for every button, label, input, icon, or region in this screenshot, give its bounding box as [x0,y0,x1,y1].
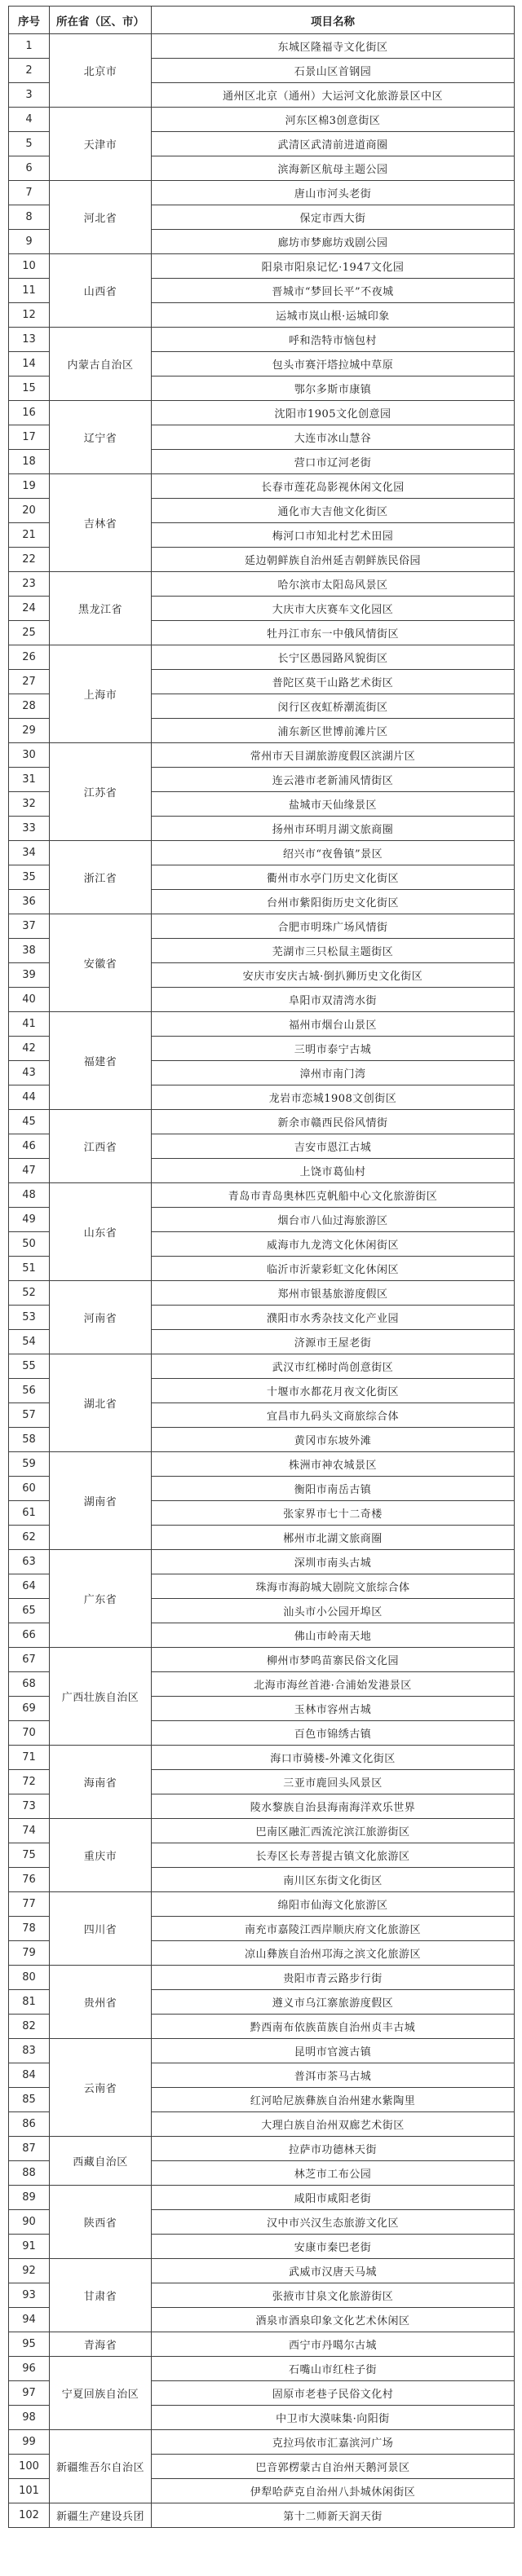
row-index-cell: 99 [9,2430,50,2455]
province-cell: 湖北省 [50,1354,152,1452]
row-index-cell: 31 [9,768,50,792]
table-row: 23黑龙江省哈尔滨市太阳岛风景区 [9,572,515,597]
project-name-cell: 巴音郭楞蒙古自治州天鹅河景区 [152,2455,515,2479]
table-row: 99新疆维吾尔自治区克拉玛依市汇嘉滨河广场 [9,2430,515,2455]
province-cell: 福建省 [50,1012,152,1110]
row-index-cell: 100 [9,2455,50,2479]
row-index-cell: 39 [9,963,50,988]
project-name-cell: 海口市骑楼-外滩文化街区 [152,1746,515,1770]
province-cell: 天津市 [50,108,152,181]
table-row: 48山东省青岛市青岛奥林匹克帆船中心文化旅游街区 [9,1183,515,1208]
row-index-cell: 73 [9,1794,50,1819]
province-cell: 新疆维吾尔自治区 [50,2430,152,2503]
row-index-cell: 97 [9,2381,50,2406]
row-index-cell: 5 [9,132,50,156]
project-name-cell: 玉林市容州古城 [152,1697,515,1721]
row-index-cell: 38 [9,939,50,963]
province-cell: 新疆生产建设兵团 [50,2503,152,2528]
project-name-cell: 包头市赛汗塔拉城中草原 [152,352,515,376]
project-name-cell: 贵阳市青云路步行街 [152,1966,515,1990]
row-index-cell: 16 [9,401,50,425]
province-cell: 内蒙古自治区 [50,328,152,401]
project-name-cell: 保定市西大街 [152,205,515,230]
row-index-cell: 53 [9,1306,50,1330]
row-index-cell: 45 [9,1110,50,1134]
province-cell: 上海市 [50,645,152,743]
project-name-cell: 巴南区融汇西流沱滨江旅游街区 [152,1819,515,1843]
row-index-cell: 14 [9,352,50,376]
row-index-cell: 83 [9,2039,50,2063]
row-index-cell: 72 [9,1770,50,1794]
table-row: 37安徽省合肥市明珠广场风情街 [9,914,515,939]
table-row: 55湖北省武汉市红梯时尚创意街区 [9,1354,515,1379]
row-index-cell: 50 [9,1232,50,1257]
table-row: 87西藏自治区拉萨市功德林天街 [9,2137,515,2161]
project-name-cell: 临沂市沂蒙彩虹文化休闲区 [152,1257,515,1281]
row-index-cell: 23 [9,572,50,597]
project-name-cell: 长春市莲花岛影视休闲文化园 [152,474,515,499]
row-index-cell: 32 [9,792,50,817]
row-index-cell: 26 [9,645,50,670]
project-name-cell: 普陀区莫干山路艺术街区 [152,670,515,694]
project-name-cell: 昆明市官渡古镇 [152,2039,515,2063]
row-index-cell: 63 [9,1550,50,1574]
project-name-cell: 佛山市岭南天地 [152,1623,515,1648]
project-name-cell: 运城市岚山根·运城印象 [152,303,515,328]
row-index-cell: 57 [9,1403,50,1428]
row-index-cell: 76 [9,1868,50,1892]
row-index-cell: 21 [9,523,50,548]
row-index-cell: 95 [9,2332,50,2357]
project-name-cell: 长寿区长寿菩提古镇文化旅游区 [152,1843,515,1868]
project-name-cell: 固原市老巷子民俗文化村 [152,2381,515,2406]
project-name-cell: 青岛市青岛奥林匹克帆船中心文化旅游街区 [152,1183,515,1208]
project-name-cell: 西宁市丹噶尔古城 [152,2332,515,2357]
row-index-cell: 24 [9,597,50,621]
province-cell: 青海省 [50,2332,152,2357]
row-index-cell: 18 [9,450,50,474]
row-index-cell: 9 [9,230,50,254]
row-index-cell: 69 [9,1697,50,1721]
project-name-cell: 唐山市河头老街 [152,181,515,205]
province-cell: 浙江省 [50,841,152,914]
column-header: 项目名称 [152,7,515,34]
table-row: 63广东省深圳市南头古城 [9,1550,515,1574]
project-name-cell: 武威市汉唐天马城 [152,2259,515,2283]
province-cell: 江西省 [50,1110,152,1183]
province-cell: 河北省 [50,181,152,254]
project-name-cell: 通化市大吉他文化街区 [152,499,515,523]
row-index-cell: 3 [9,83,50,108]
project-name-cell: 常州市天目湖旅游度假区滨湖片区 [152,743,515,768]
table-row: 1北京市东城区隆福寺文化街区 [9,34,515,59]
row-index-cell: 47 [9,1159,50,1183]
project-name-cell: 三亚市鹿回头风景区 [152,1770,515,1794]
row-index-cell: 60 [9,1477,50,1501]
row-index-cell: 15 [9,376,50,401]
project-name-cell: 济源市王屋老街 [152,1330,515,1354]
row-index-cell: 54 [9,1330,50,1354]
table-row: 26上海市长宁区愚园路风貌街区 [9,645,515,670]
table-row: 77四川省绵阳市仙海文化旅游区 [9,1892,515,1917]
province-cell: 广东省 [50,1550,152,1648]
table-row: 74重庆市巴南区融汇西流沱滨江旅游街区 [9,1819,515,1843]
province-cell: 甘肃省 [50,2259,152,2332]
project-name-cell: 福州市烟台山景区 [152,1012,515,1037]
table-row: 7河北省唐山市河头老街 [9,181,515,205]
row-index-cell: 92 [9,2259,50,2283]
table-row: 67广西壮族自治区柳州市梦呜苗寨民俗文化园 [9,1648,515,1672]
row-index-cell: 34 [9,841,50,865]
project-name-cell: 衢州市水亭门历史文化街区 [152,865,515,890]
project-name-cell: 新余市赣西民俗风情街 [152,1110,515,1134]
project-name-cell: 拉萨市功德林天街 [152,2137,515,2161]
table-row: 41福建省福州市烟台山景区 [9,1012,515,1037]
table-row: 71海南省海口市骑楼-外滩文化街区 [9,1746,515,1770]
province-cell: 安徽省 [50,914,152,1012]
project-name-cell: 咸阳市咸阳老街 [152,2186,515,2210]
header-row: 序号所在省（区、市）项目名称 [9,7,515,34]
project-name-cell: 漳州市南门湾 [152,1061,515,1085]
project-name-cell: 黄冈市东坡外滩 [152,1428,515,1452]
row-index-cell: 1 [9,34,50,59]
project-name-cell: 武清区武清前进道商圈 [152,132,515,156]
project-name-cell: 石嘴山市红柱子街 [152,2357,515,2381]
table-row: 92甘肃省武威市汉唐天马城 [9,2259,515,2283]
row-index-cell: 66 [9,1623,50,1648]
row-index-cell: 80 [9,1966,50,1990]
table-body: 1北京市东城区隆福寺文化街区2石景山区首钢园3通州区北京（通州）大运河文化旅游景… [9,34,515,2528]
project-name-cell: 大连市冰山慧谷 [152,425,515,450]
project-name-cell: 郴州市北湖文旅商圈 [152,1526,515,1550]
row-index-cell: 20 [9,499,50,523]
row-index-cell: 37 [9,914,50,939]
row-index-cell: 28 [9,694,50,719]
row-index-cell: 91 [9,2235,50,2259]
project-name-cell: 石景山区首钢园 [152,59,515,83]
province-cell: 西藏自治区 [50,2137,152,2186]
project-name-cell: 遵义市乌江寨旅游度假区 [152,1990,515,2015]
project-name-cell: 龙岩市恋城1908文创街区 [152,1085,515,1110]
project-name-cell: 台州市紫阳街历史文化街区 [152,890,515,914]
project-name-cell: 伊犁哈萨克自治州八卦城休闲街区 [152,2479,515,2503]
project-name-cell: 珠海市海韵城大剧院文旅综合体 [152,1574,515,1599]
row-index-cell: 86 [9,2112,50,2137]
row-index-cell: 30 [9,743,50,768]
project-name-cell: 闵行区夜虹桥潮流街区 [152,694,515,719]
project-name-cell: 大庆市大庆赛车文化园区 [152,597,515,621]
row-index-cell: 2 [9,59,50,83]
province-cell: 江苏省 [50,743,152,841]
row-index-cell: 88 [9,2161,50,2186]
row-index-cell: 82 [9,2015,50,2039]
row-index-cell: 4 [9,108,50,132]
project-name-cell: 南川区东街文化街区 [152,1868,515,1892]
row-index-cell: 51 [9,1257,50,1281]
project-name-cell: 牡丹江市东一中俄风情街区 [152,621,515,645]
row-index-cell: 13 [9,328,50,352]
project-name-cell: 东城区隆福寺文化街区 [152,34,515,59]
row-index-cell: 84 [9,2063,50,2088]
project-name-cell: 芜湖市三只松鼠主题街区 [152,939,515,963]
project-name-cell: 酒泉市酒泉印象文化艺术休闲区 [152,2308,515,2332]
row-index-cell: 36 [9,890,50,914]
row-index-cell: 22 [9,548,50,572]
province-cell: 辽宁省 [50,401,152,474]
row-index-cell: 96 [9,2357,50,2381]
row-index-cell: 67 [9,1648,50,1672]
province-cell: 广西壮族自治区 [50,1648,152,1746]
row-index-cell: 44 [9,1085,50,1110]
table-row: 52河南省郑州市银基旅游度假区 [9,1281,515,1306]
row-index-cell: 59 [9,1452,50,1477]
project-name-cell: 宜昌市九码头文商旅综合体 [152,1403,515,1428]
project-name-cell: 深圳市南头古城 [152,1550,515,1574]
project-name-cell: 汕头市小公园开埠区 [152,1599,515,1623]
project-name-cell: 普洱市茶马古城 [152,2063,515,2088]
row-index-cell: 52 [9,1281,50,1306]
document-body: 序号所在省（区、市）项目名称 1北京市东城区隆福寺文化街区2石景山区首钢园3通州… [0,0,522,2539]
province-cell: 吉林省 [50,474,152,572]
project-name-cell: 安庆市安庆古城·倒扒狮历史文化街区 [152,963,515,988]
row-index-cell: 35 [9,865,50,890]
project-name-cell: 柳州市梦呜苗寨民俗文化园 [152,1648,515,1672]
project-name-cell: 林芝市工布公园 [152,2161,515,2186]
row-index-cell: 90 [9,2210,50,2235]
project-name-cell: 烟台市八仙过海旅游区 [152,1208,515,1232]
row-index-cell: 81 [9,1990,50,2015]
row-index-cell: 75 [9,1843,50,1868]
project-name-cell: 武汉市红梯时尚创意街区 [152,1354,515,1379]
project-name-cell: 汉中市兴汉生态旅游文化区 [152,2210,515,2235]
table-row: 4天津市河东区棉3创意街区 [9,108,515,132]
row-index-cell: 10 [9,254,50,279]
province-cell: 北京市 [50,34,152,108]
row-index-cell: 48 [9,1183,50,1208]
table-row: 13内蒙古自治区呼和浩特市恼包村 [9,328,515,352]
table-row: 102新疆生产建设兵团第十二师新天润天街 [9,2503,515,2528]
province-cell: 四川省 [50,1892,152,1966]
project-table: 序号所在省（区、市）项目名称 1北京市东城区隆福寺文化街区2石景山区首钢园3通州… [8,6,515,2528]
project-name-cell: 三明市泰宁古城 [152,1037,515,1061]
row-index-cell: 46 [9,1134,50,1159]
row-index-cell: 94 [9,2308,50,2332]
project-name-cell: 通州区北京（通州）大运河文化旅游景区中区 [152,83,515,108]
province-cell: 河南省 [50,1281,152,1354]
project-name-cell: 张家界市七十二奇楼 [152,1501,515,1526]
project-name-cell: 连云港市老新浦风情街区 [152,768,515,792]
province-cell: 黑龙江省 [50,572,152,645]
row-index-cell: 62 [9,1526,50,1550]
table-row: 96宁夏回族自治区石嘴山市红柱子街 [9,2357,515,2381]
row-index-cell: 33 [9,817,50,841]
row-index-cell: 7 [9,181,50,205]
row-index-cell: 49 [9,1208,50,1232]
province-cell: 云南省 [50,2039,152,2137]
project-name-cell: 张掖市甘泉文化旅游街区 [152,2283,515,2308]
project-name-cell: 绵阳市仙海文化旅游区 [152,1892,515,1917]
row-index-cell: 68 [9,1672,50,1697]
province-cell: 贵州省 [50,1966,152,2039]
column-header: 序号 [9,7,50,34]
table-row: 80贵州省贵阳市青云路步行街 [9,1966,515,1990]
province-cell: 重庆市 [50,1819,152,1892]
table-row: 30江苏省常州市天目湖旅游度假区滨湖片区 [9,743,515,768]
project-name-cell: 凉山彝族自治州邛海之滨文化旅游区 [152,1941,515,1966]
row-index-cell: 89 [9,2186,50,2210]
project-name-cell: 十堰市水都花月夜文化街区 [152,1379,515,1403]
project-name-cell: 安康市秦巴老街 [152,2235,515,2259]
project-name-cell: 绍兴市“夜鲁镇”景区 [152,841,515,865]
row-index-cell: 64 [9,1574,50,1599]
row-index-cell: 77 [9,1892,50,1917]
column-header: 所在省（区、市） [50,7,152,34]
row-index-cell: 101 [9,2479,50,2503]
province-cell: 山西省 [50,254,152,328]
project-name-cell: 河东区棉3创意街区 [152,108,515,132]
project-name-cell: 威海市九龙湾文化休闲街区 [152,1232,515,1257]
project-name-cell: 衡阳市南岳古镇 [152,1477,515,1501]
table-row: 16辽宁省沈阳市1905文化创意园 [9,401,515,425]
project-name-cell: 上饶市葛仙村 [152,1159,515,1183]
row-index-cell: 29 [9,719,50,743]
project-name-cell: 陵水黎族自治县海南海洋欢乐世界 [152,1794,515,1819]
row-index-cell: 27 [9,670,50,694]
row-index-cell: 55 [9,1354,50,1379]
row-index-cell: 85 [9,2088,50,2112]
row-index-cell: 42 [9,1037,50,1061]
project-name-cell: 株洲市神农城景区 [152,1452,515,1477]
row-index-cell: 61 [9,1501,50,1526]
table-row: 59湖南省株洲市神农城景区 [9,1452,515,1477]
row-index-cell: 74 [9,1819,50,1843]
row-index-cell: 102 [9,2503,50,2528]
row-index-cell: 25 [9,621,50,645]
table-row: 34浙江省绍兴市“夜鲁镇”景区 [9,841,515,865]
project-name-cell: 阳泉市阳泉记忆·1947文化园 [152,254,515,279]
row-index-cell: 6 [9,156,50,181]
table-row: 19吉林省长春市莲花岛影视休闲文化园 [9,474,515,499]
table-row: 83云南省昆明市官渡古镇 [9,2039,515,2063]
table-row: 45江西省新余市赣西民俗风情街 [9,1110,515,1134]
row-index-cell: 79 [9,1941,50,1966]
project-name-cell: 红河哈尼族彝族自治州建水紫陶里 [152,2088,515,2112]
project-name-cell: 梅河口市知北村艺术田园 [152,523,515,548]
row-index-cell: 56 [9,1379,50,1403]
project-name-cell: 郑州市银基旅游度假区 [152,1281,515,1306]
project-name-cell: 营口市辽河老街 [152,450,515,474]
project-name-cell: 哈尔滨市太阳岛风景区 [152,572,515,597]
row-index-cell: 71 [9,1746,50,1770]
table-header: 序号所在省（区、市）项目名称 [9,7,515,34]
project-name-cell: 南充市嘉陵江西岸顺庆府文化旅游区 [152,1917,515,1941]
project-name-cell: 晋城市“梦回长平”不夜城 [152,279,515,303]
row-index-cell: 98 [9,2406,50,2430]
project-name-cell: 中卫市大漠味集·向阳街 [152,2406,515,2430]
row-index-cell: 19 [9,474,50,499]
project-name-cell: 克拉玛依市汇嘉滨河广场 [152,2430,515,2455]
province-cell: 宁夏回族自治区 [50,2357,152,2430]
project-name-cell: 吉安市恩江古城 [152,1134,515,1159]
project-name-cell: 阜阳市双清湾水街 [152,988,515,1012]
project-name-cell: 鄂尔多斯市康镇 [152,376,515,401]
row-index-cell: 70 [9,1721,50,1746]
row-index-cell: 65 [9,1599,50,1623]
project-name-cell: 长宁区愚园路风貌街区 [152,645,515,670]
project-name-cell: 呼和浩特市恼包村 [152,328,515,352]
project-name-cell: 盐城市天仙缘景区 [152,792,515,817]
project-name-cell: 北海市海丝首港·合浦始发港景区 [152,1672,515,1697]
project-name-cell: 黔西南布依族苗族自治州贞丰古城 [152,2015,515,2039]
project-name-cell: 延边朝鲜族自治州延吉朝鲜族民俗园 [152,548,515,572]
province-cell: 陕西省 [50,2186,152,2259]
province-cell: 海南省 [50,1746,152,1819]
project-name-cell: 廊坊市梦廊坊戏剧公园 [152,230,515,254]
row-index-cell: 12 [9,303,50,328]
row-index-cell: 58 [9,1428,50,1452]
project-name-cell: 第十二师新天润天街 [152,2503,515,2528]
project-name-cell: 扬州市环明月湖文旅商圈 [152,817,515,841]
province-cell: 山东省 [50,1183,152,1281]
table-row: 10山西省阳泉市阳泉记忆·1947文化园 [9,254,515,279]
row-index-cell: 43 [9,1061,50,1085]
table-row: 89陕西省咸阳市咸阳老街 [9,2186,515,2210]
project-name-cell: 合肥市明珠广场风情街 [152,914,515,939]
row-index-cell: 17 [9,425,50,450]
row-index-cell: 11 [9,279,50,303]
row-index-cell: 40 [9,988,50,1012]
project-name-cell: 百色市锦绣古镇 [152,1721,515,1746]
table-row: 95青海省西宁市丹噶尔古城 [9,2332,515,2357]
project-name-cell: 大理白族自治州双廊艺术街区 [152,2112,515,2137]
project-name-cell: 沈阳市1905文化创意园 [152,401,515,425]
row-index-cell: 8 [9,205,50,230]
row-index-cell: 78 [9,1917,50,1941]
row-index-cell: 41 [9,1012,50,1037]
project-name-cell: 濮阳市水秀杂技文化产业园 [152,1306,515,1330]
row-index-cell: 87 [9,2137,50,2161]
province-cell: 湖南省 [50,1452,152,1550]
project-name-cell: 滨海新区航母主题公园 [152,156,515,181]
project-name-cell: 浦东新区世博前滩片区 [152,719,515,743]
row-index-cell: 93 [9,2283,50,2308]
